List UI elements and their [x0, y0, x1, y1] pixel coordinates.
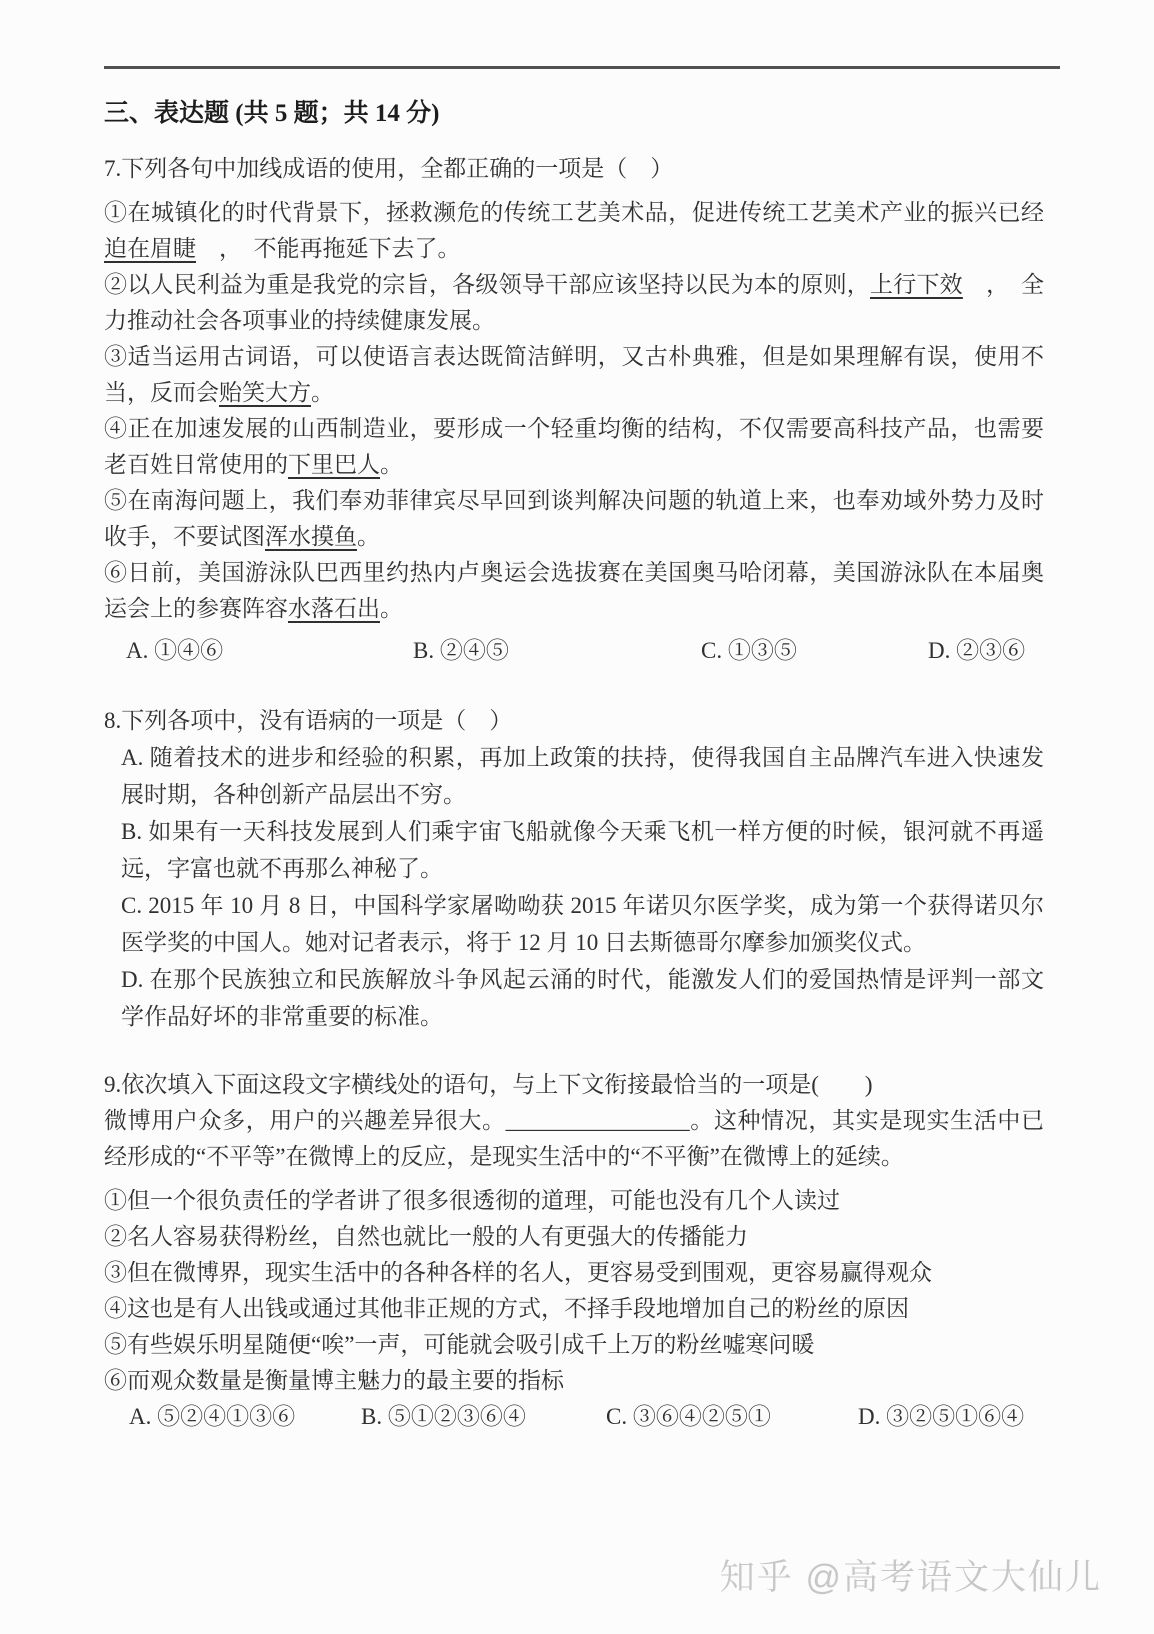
question-8: 8.下列各项中，没有语病的一项是（ ） A. 随着技术的进步和经验的积累，再加上…	[104, 703, 1044, 1035]
q9-sentence-4: ④这也是有人出钱或通过其他非正规的方式，不择手段地增加自己的粉丝的原因	[104, 1291, 1044, 1327]
q9-option-d: D. ③②⑤①⑥④	[858, 1399, 1024, 1435]
section-title: 三、表达题 (共 5 题；共 14 分)	[104, 97, 1044, 131]
q9-option-b: B. ⑤①②③⑥④	[361, 1399, 606, 1435]
top-divider	[104, 66, 1060, 69]
q9-sentence-6: ⑥而观众数量是衡量博主魅力的最主要的指标	[104, 1363, 1044, 1399]
q9-sentence-2: ②名人容易获得粉丝，自然也就比一般的人有更强大的传播能力	[104, 1219, 1044, 1255]
content-area: 三、表达题 (共 5 题；共 14 分) 7.下列各句中加线成语的使用，全都正确…	[104, 97, 1044, 1435]
q7-sentence-6: ⑥日前，美国游泳队巴西里约热内卢奥运会选拔赛在美国奥马哈闭幕，美国游泳队在本届奥…	[104, 555, 1044, 627]
q9-sentence-1: ①但一个很负责任的学者讲了很多很透彻的道理，可能也没有几个人读过	[104, 1183, 1044, 1219]
q9-option-a: A. ⑤②④①③⑥	[129, 1399, 361, 1435]
question-7: 7.下列各句中加线成语的使用，全都正确的一项是（ ） ①在城镇化的时代背景下，拯…	[104, 151, 1044, 669]
q7-sentence-5: ⑤在南海问题上，我们奉劝菲律宾尽早回到谈判解决问题的轨道上来，也奉劝域外势力及时…	[104, 483, 1044, 555]
document-page: 三、表达题 (共 5 题；共 14 分) 7.下列各句中加线成语的使用，全都正确…	[0, 0, 1154, 1634]
q7-option-c: C. ①③⑤	[701, 633, 928, 669]
q7-stem: 7.下列各句中加线成语的使用，全都正确的一项是（ ）	[104, 151, 1044, 187]
q8-option-b: B. 如果有一天科技发展到人们乘宇宙飞船就像今天乘飞机一样方便的时候，银河就不再…	[121, 813, 1044, 887]
q9-sentence-3: ③但在微博界，现实生活中的各种各样的名人，更容易受到围观，更容易赢得观众	[104, 1255, 1044, 1291]
q8-options: A. 随着技术的进步和经验的积累，再加上政策的扶持，使得我国自主品牌汽车进入快速…	[104, 739, 1044, 1035]
q7-options-row: A. ①④⑥ B. ②④⑤ C. ①③⑤ D. ②③⑥	[104, 633, 1044, 669]
q9-options-row: A. ⑤②④①③⑥ B. ⑤①②③⑥④ C. ③⑥④②⑤① D. ③②⑤①⑥④	[104, 1399, 1044, 1435]
q7-sentence-4: ④正在加速发展的山西制造业，要形成一个轻重均衡的结构，不仅需要高科技产品，也需要…	[104, 411, 1044, 483]
q7-sentence-1: ①在城镇化的时代背景下，拯救濒危的传统工艺美术品，促进传统工艺美术产业的振兴已经…	[104, 195, 1044, 267]
watermark: 知乎 @高考语文大仙儿	[720, 1550, 1102, 1600]
question-9: 9.依次填入下面这段文字横线处的语句，与上下文衔接最恰当的一项是( ) 微博用户…	[104, 1067, 1044, 1435]
q9-option-c: C. ③⑥④②⑤①	[606, 1399, 858, 1435]
q7-sentences: ①在城镇化的时代背景下，拯救濒危的传统工艺美术品，促进传统工艺美术产业的振兴已经…	[104, 195, 1044, 627]
q8-option-a: A. 随着技术的进步和经验的积累，再加上政策的扶持，使得我国自主品牌汽车进入快速…	[121, 739, 1044, 813]
q8-stem: 8.下列各项中，没有语病的一项是（ ）	[104, 703, 1044, 739]
q7-sentence-3: ③适当运用古词语，可以使语言表达既简洁鲜明，又古朴典雅，但是如果理解有误，使用不…	[104, 339, 1044, 411]
q8-option-d: D. 在那个民族独立和民族解放斗争风起云涌的时代，能激发人们的爱国热情是评判一部…	[121, 961, 1044, 1035]
q9-passage: 微博用户众多，用户的兴趣差异很大。________________。这种情况，其…	[104, 1103, 1044, 1175]
q9-stem: 9.依次填入下面这段文字横线处的语句，与上下文衔接最恰当的一项是( )	[104, 1067, 1044, 1103]
q9-sentence-5: ⑤有些娱乐明星随便“唉”一声，可能就会吸引成千上万的粉丝嘘寒问暖	[104, 1327, 1044, 1363]
q7-option-a: A. ①④⑥	[126, 633, 413, 669]
q9-sentences: ①但一个很负责任的学者讲了很多很透彻的道理，可能也没有几个人读过 ②名人容易获得…	[104, 1183, 1044, 1399]
q7-sentence-2: ②以人民利益为重是我党的宗旨，各级领导干部应该坚持以民为本的原则，上行下效 ， …	[104, 267, 1044, 339]
q8-option-c: C. 2015 年 10 月 8 日，中国科学家屠呦呦获 2015 年诺贝尔医学…	[121, 887, 1044, 961]
q7-option-b: B. ②④⑤	[413, 633, 701, 669]
q7-option-d: D. ②③⑥	[928, 633, 1025, 669]
